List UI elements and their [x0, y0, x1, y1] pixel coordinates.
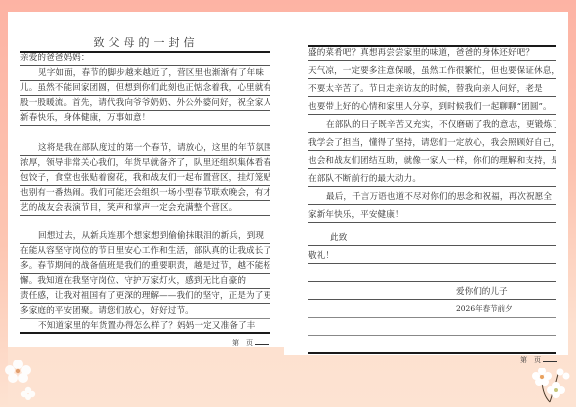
- letter-line: 在部队不断前行的最大动力。: [308, 173, 556, 187]
- letter-line: 多。春节期间的战备值班是我们的重要职责，越是过节，越不能松: [20, 260, 270, 274]
- page-number-label: 第 页: [520, 356, 541, 364]
- letter-line: 盛的菜肴吧？真想再尝尝家里的味道，爸爸的身体还好吧？: [308, 47, 556, 61]
- letter-line: 不知道家里的年货置办得怎么样了？妈妈一定又准备了丰: [20, 320, 270, 334]
- page-number-label: 第 页: [232, 339, 253, 347]
- blank-line: [308, 322, 556, 336]
- blank-line: [308, 304, 556, 318]
- letter-line: 家新年快乐，平安健康！: [308, 209, 556, 223]
- letter-line: 也会和战友们团结互助，就像一家人一样，你们的理解和支持，是我: [308, 155, 556, 169]
- letter-line: 多家庭的平安团聚。请您们放心，好好过节。: [20, 305, 270, 319]
- page-number: 第 页: [520, 355, 557, 365]
- left-edge-fade: [0, 0, 8, 407]
- letter-line: 浓厚，领导非常关心我们，年货早就备齐了，队里还组织集体看春晚、: [20, 157, 270, 171]
- letter-line: 回想过去，从新兵连那个想家想到偷偷抹眼泪的新兵，到现: [20, 230, 270, 244]
- daisy-flower-bouquet-icon: [530, 368, 574, 406]
- letter-line: 懈。我知道在我坚守岗位、守护万家灯火，感到无比自豪的: [20, 275, 270, 289]
- page-number-blank: [255, 344, 269, 345]
- letter-page-right: 盛的菜肴吧？真想再尝尝家里的味道，爸爸的身体还好吧？ 天气凉，一定要多注意保暖，…: [284, 12, 568, 355]
- letter-line: 儿。虽然不能回家团圆，但想到你们此刻也正惦念着我，心里就有: [20, 82, 270, 96]
- page-number-blank: [543, 361, 557, 362]
- letter-line: 股一股暖流。首先，请代我向爷爷奶奶、外公外婆问好，祝全家人: [20, 97, 270, 111]
- letter-line: 新春快乐，身体健康，万事如意！: [20, 112, 270, 126]
- letter-line: 在部队的日子既辛苦又充实，不仅磨砺了我的意志，更锻炼了我的本领，: [308, 119, 556, 133]
- letter-line: 包饺子，食堂也张贴着窗花，我和战友们一起布置营区，挂灯笼贴春联，: [20, 172, 270, 186]
- letter-line: 见字如面，春节的脚步越来越近了，营区里也渐渐有了年味: [20, 67, 270, 81]
- letter-title: 致父母的一封信: [8, 34, 284, 50]
- bottom-rule: [308, 340, 556, 354]
- letter-date: 2026年春节前夕: [456, 303, 513, 314]
- page-number: 第 页: [232, 338, 269, 348]
- letter-line: 我学会了担当，懂得了坚持，请您们一定放心，我会照顾好自己，: [308, 137, 556, 151]
- closing-line: 此致: [308, 232, 556, 246]
- letter-line: 这将是我在部队度过的第一个春节，请放心，这里的年节氛围很: [20, 142, 270, 156]
- greeting-line: 亲爱的爸爸妈妈：: [20, 52, 270, 66]
- letter-line: 也别有一番热闹。我们可能还会组织一场小型春节联欢晚会，有才: [20, 187, 270, 201]
- letter-page-left: 致父母的一封信 亲爱的爸爸妈妈： 见字如面，春节的脚步越来越近了，营区里也渐渐有…: [8, 12, 284, 347]
- letter-line: 责任感，让我对祖国有了更深的理解——我们的坚守，正是为了更: [20, 290, 270, 304]
- salute-line: 敬礼！: [308, 250, 556, 264]
- letter-line: 在能从容坚守岗位的节日里安心工作和生活，部队真的让我成长了很: [20, 245, 270, 259]
- letter-line: 天气凉，一定要多注意保暖，虽然工作很繁忙，但也要保证休息，: [308, 65, 556, 79]
- daisy-flower-icon: [4, 360, 40, 400]
- blank-line: [308, 286, 556, 300]
- letter-line: 艺的战友会表演节目，笑声和掌声一定会充满整个营区。: [20, 202, 270, 216]
- letter-line: 不要太辛苦了。节日走亲访友的时候，替我向亲人问好，老是: [308, 83, 556, 97]
- letter-line: 最后，千言万语也道不尽对你们的思念和祝福，再次祝愿全: [308, 191, 556, 205]
- signature: 爱你们的儿子: [456, 285, 508, 297]
- letter-line: 也要带上好的心情和家里人分享，到时候我们一起聊聊“团圆”。: [308, 101, 556, 115]
- blank-line: [308, 268, 556, 282]
